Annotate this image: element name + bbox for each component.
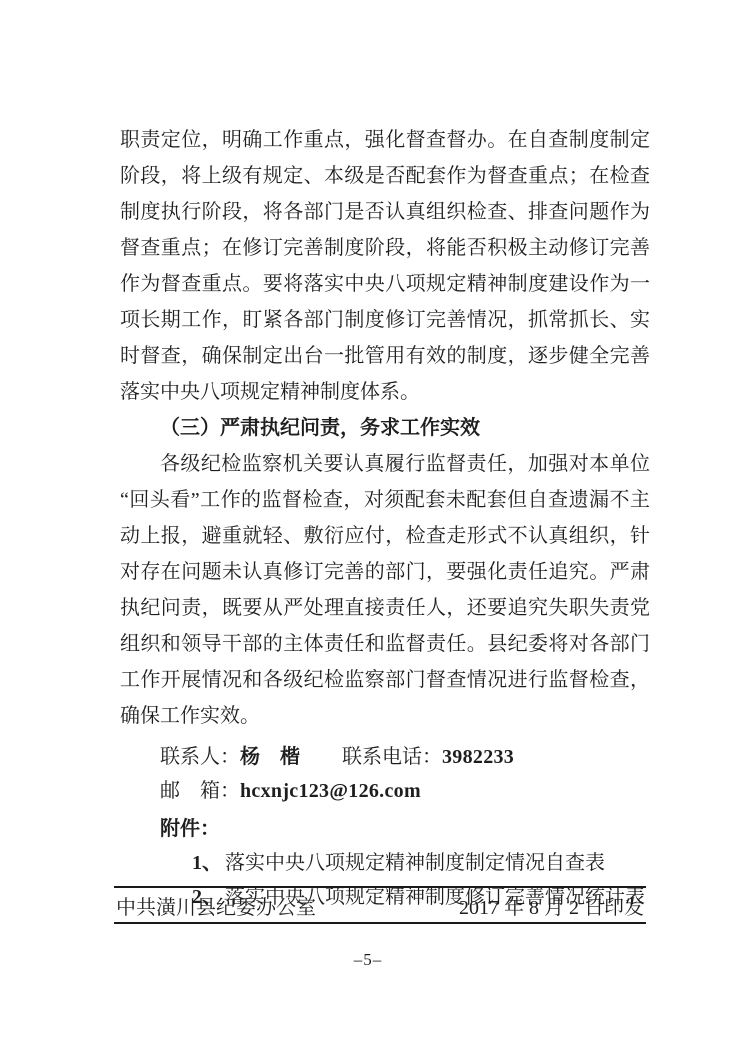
contact-email-value: hcxnjc123@126.com	[240, 780, 421, 802]
contact-person-name: 杨 楷	[240, 746, 300, 768]
document-page: 职责定位，明确工作重点，强化督查督办。在自查制度制定阶段，将上级有规定、本级是否…	[0, 0, 736, 1045]
page-number: –5–	[0, 950, 736, 970]
contact-person-label: 联系人：	[160, 746, 240, 768]
contact-phone-label: 联系电话：	[342, 746, 442, 768]
contact-line-email: 邮 箱：hcxnjc123@126.com	[160, 774, 650, 808]
attachments-label: 附件：	[160, 812, 650, 846]
section-heading: （三）严肃执纪问责，务求工作实效	[120, 410, 650, 446]
body-paragraph-2: 各级纪检监察机关要认真履行监督责任，加强对本单位“回头看”工作的监督检查，对须配…	[120, 446, 650, 734]
print-date: 2017 年 8 月 2 日印发	[459, 891, 644, 920]
body-paragraph-1: 职责定位，明确工作重点，强化督查督办。在自查制度制定阶段，将上级有规定、本级是否…	[120, 122, 650, 410]
attachment-1-title: 落实中央八项规定精神制度制定情况自查表	[225, 852, 605, 874]
issuing-office: 中共潢川县纪委办公室	[116, 891, 316, 920]
contact-line-person-phone: 联系人：杨 楷联系电话：3982233	[160, 740, 650, 774]
attachment-1-number: 1、	[192, 852, 222, 874]
colophon-bar: 中共潢川县纪委办公室 2017 年 8 月 2 日印发	[114, 886, 646, 924]
attachment-item-1: 1、落实中央八项规定精神制度制定情况自查表	[192, 846, 650, 880]
contact-block: 联系人：杨 楷联系电话：3982233 邮 箱：hcxnjc123@126.co…	[160, 740, 650, 808]
contact-phone-number: 3982233	[442, 746, 514, 768]
document-body: 职责定位，明确工作重点，强化督查督办。在自查制度制定阶段，将上级有规定、本级是否…	[120, 122, 650, 914]
contact-email-label: 邮 箱：	[160, 780, 240, 802]
